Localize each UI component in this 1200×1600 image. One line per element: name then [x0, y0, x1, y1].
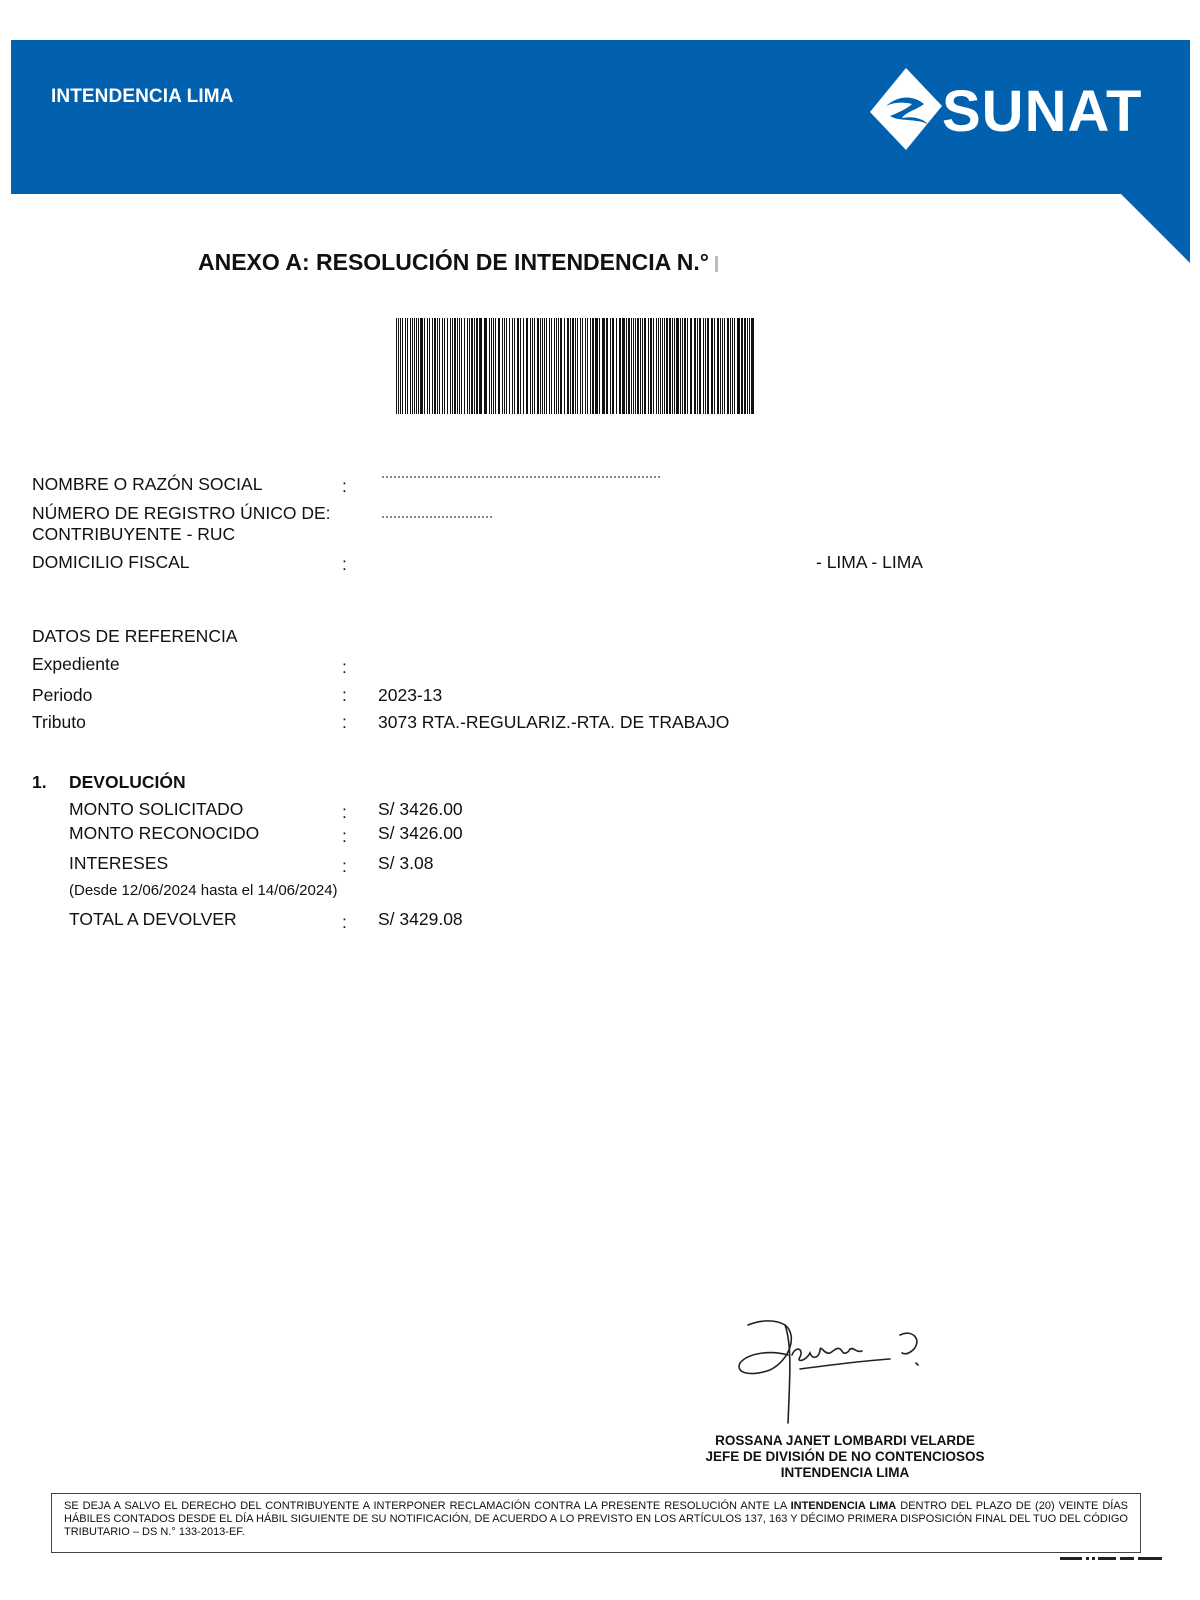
page-marks	[1060, 1557, 1162, 1561]
expediente-colon: :	[342, 657, 347, 678]
requested-colon: :	[342, 802, 347, 823]
handwritten-signature-icon	[730, 1315, 950, 1425]
signer-block: ROSSANA JANET LOMBARDI VELARDE JEFE DE D…	[680, 1433, 1010, 1481]
redacted-number	[715, 256, 718, 272]
expediente-label: Expediente	[32, 654, 120, 675]
tributo-value: 3073 RTA.-REGULARIZ.-RTA. DE TRABAJO	[378, 712, 729, 733]
header-corner-tab	[1120, 193, 1190, 263]
address-value: - LIMA - LIMA	[816, 552, 923, 573]
ruc-redacted	[382, 516, 492, 520]
legal-notice-bold: INTENDENCIA LIMA	[791, 1500, 897, 1512]
interest-period: (Desde 12/06/2024 hasta el 14/06/2024)	[69, 882, 338, 899]
address-colon: :	[342, 554, 347, 575]
name-colon: :	[342, 476, 347, 497]
interest-colon: :	[342, 856, 347, 877]
interest-label: INTERESES	[69, 853, 168, 874]
periodo-label: Periodo	[32, 685, 92, 706]
sunat-logo-text: SUNAT	[942, 78, 1142, 145]
ruc-label-line2: CONTRIBUYENTE - RUC	[32, 524, 235, 545]
legal-notice-text-1: SE DEJA A SALVO EL DERECHO DEL CONTRIBUY…	[64, 1500, 791, 1512]
recognized-value: S/ 3426.00	[378, 823, 463, 844]
recognized-colon: :	[342, 826, 347, 847]
total-colon: :	[342, 912, 347, 933]
refund-section-number: 1.	[32, 772, 47, 793]
name-redacted	[382, 476, 660, 480]
interest-value: S/ 3.08	[378, 853, 433, 874]
total-value: S/ 3429.08	[378, 909, 463, 930]
ruc-label-line1: NÚMERO DE REGISTRO ÚNICO DE:	[32, 503, 331, 524]
tributo-label: Tributo	[32, 712, 86, 733]
signer-office: INTENDENCIA LIMA	[680, 1465, 1010, 1481]
recognized-label: MONTO RECONOCIDO	[69, 823, 259, 844]
office-name: INTENDENCIA LIMA	[51, 86, 233, 108]
signer-position: JEFE DE DIVISIÓN DE NO CONTENCIOSOS	[680, 1449, 1010, 1465]
address-label: DOMICILIO FISCAL	[32, 552, 190, 573]
total-label: TOTAL A DEVOLVER	[69, 909, 237, 930]
periodo-value: 2023-13	[378, 685, 442, 706]
document-title: ANEXO A: RESOLUCIÓN DE INTENDENCIA N.°	[198, 249, 718, 276]
sunat-logo: SUNAT	[866, 66, 1142, 156]
signer-name: ROSSANA JANET LOMBARDI VELARDE	[680, 1433, 1010, 1449]
requested-label: MONTO SOLICITADO	[69, 799, 243, 820]
name-label: NOMBRE O RAZÓN SOCIAL	[32, 474, 262, 495]
legal-notice: SE DEJA A SALVO EL DERECHO DEL CONTRIBUY…	[51, 1493, 1141, 1553]
sunat-diamond-s-icon	[866, 66, 946, 156]
document-title-text: ANEXO A: RESOLUCIÓN DE INTENDENCIA N.°	[198, 249, 709, 275]
refund-heading: DEVOLUCIÓN	[69, 772, 186, 793]
barcode-icon	[396, 318, 756, 414]
tributo-colon: :	[342, 712, 347, 733]
periodo-colon: :	[342, 685, 347, 706]
requested-value: S/ 3426.00	[378, 799, 463, 820]
reference-heading: DATOS DE REFERENCIA	[32, 626, 238, 647]
